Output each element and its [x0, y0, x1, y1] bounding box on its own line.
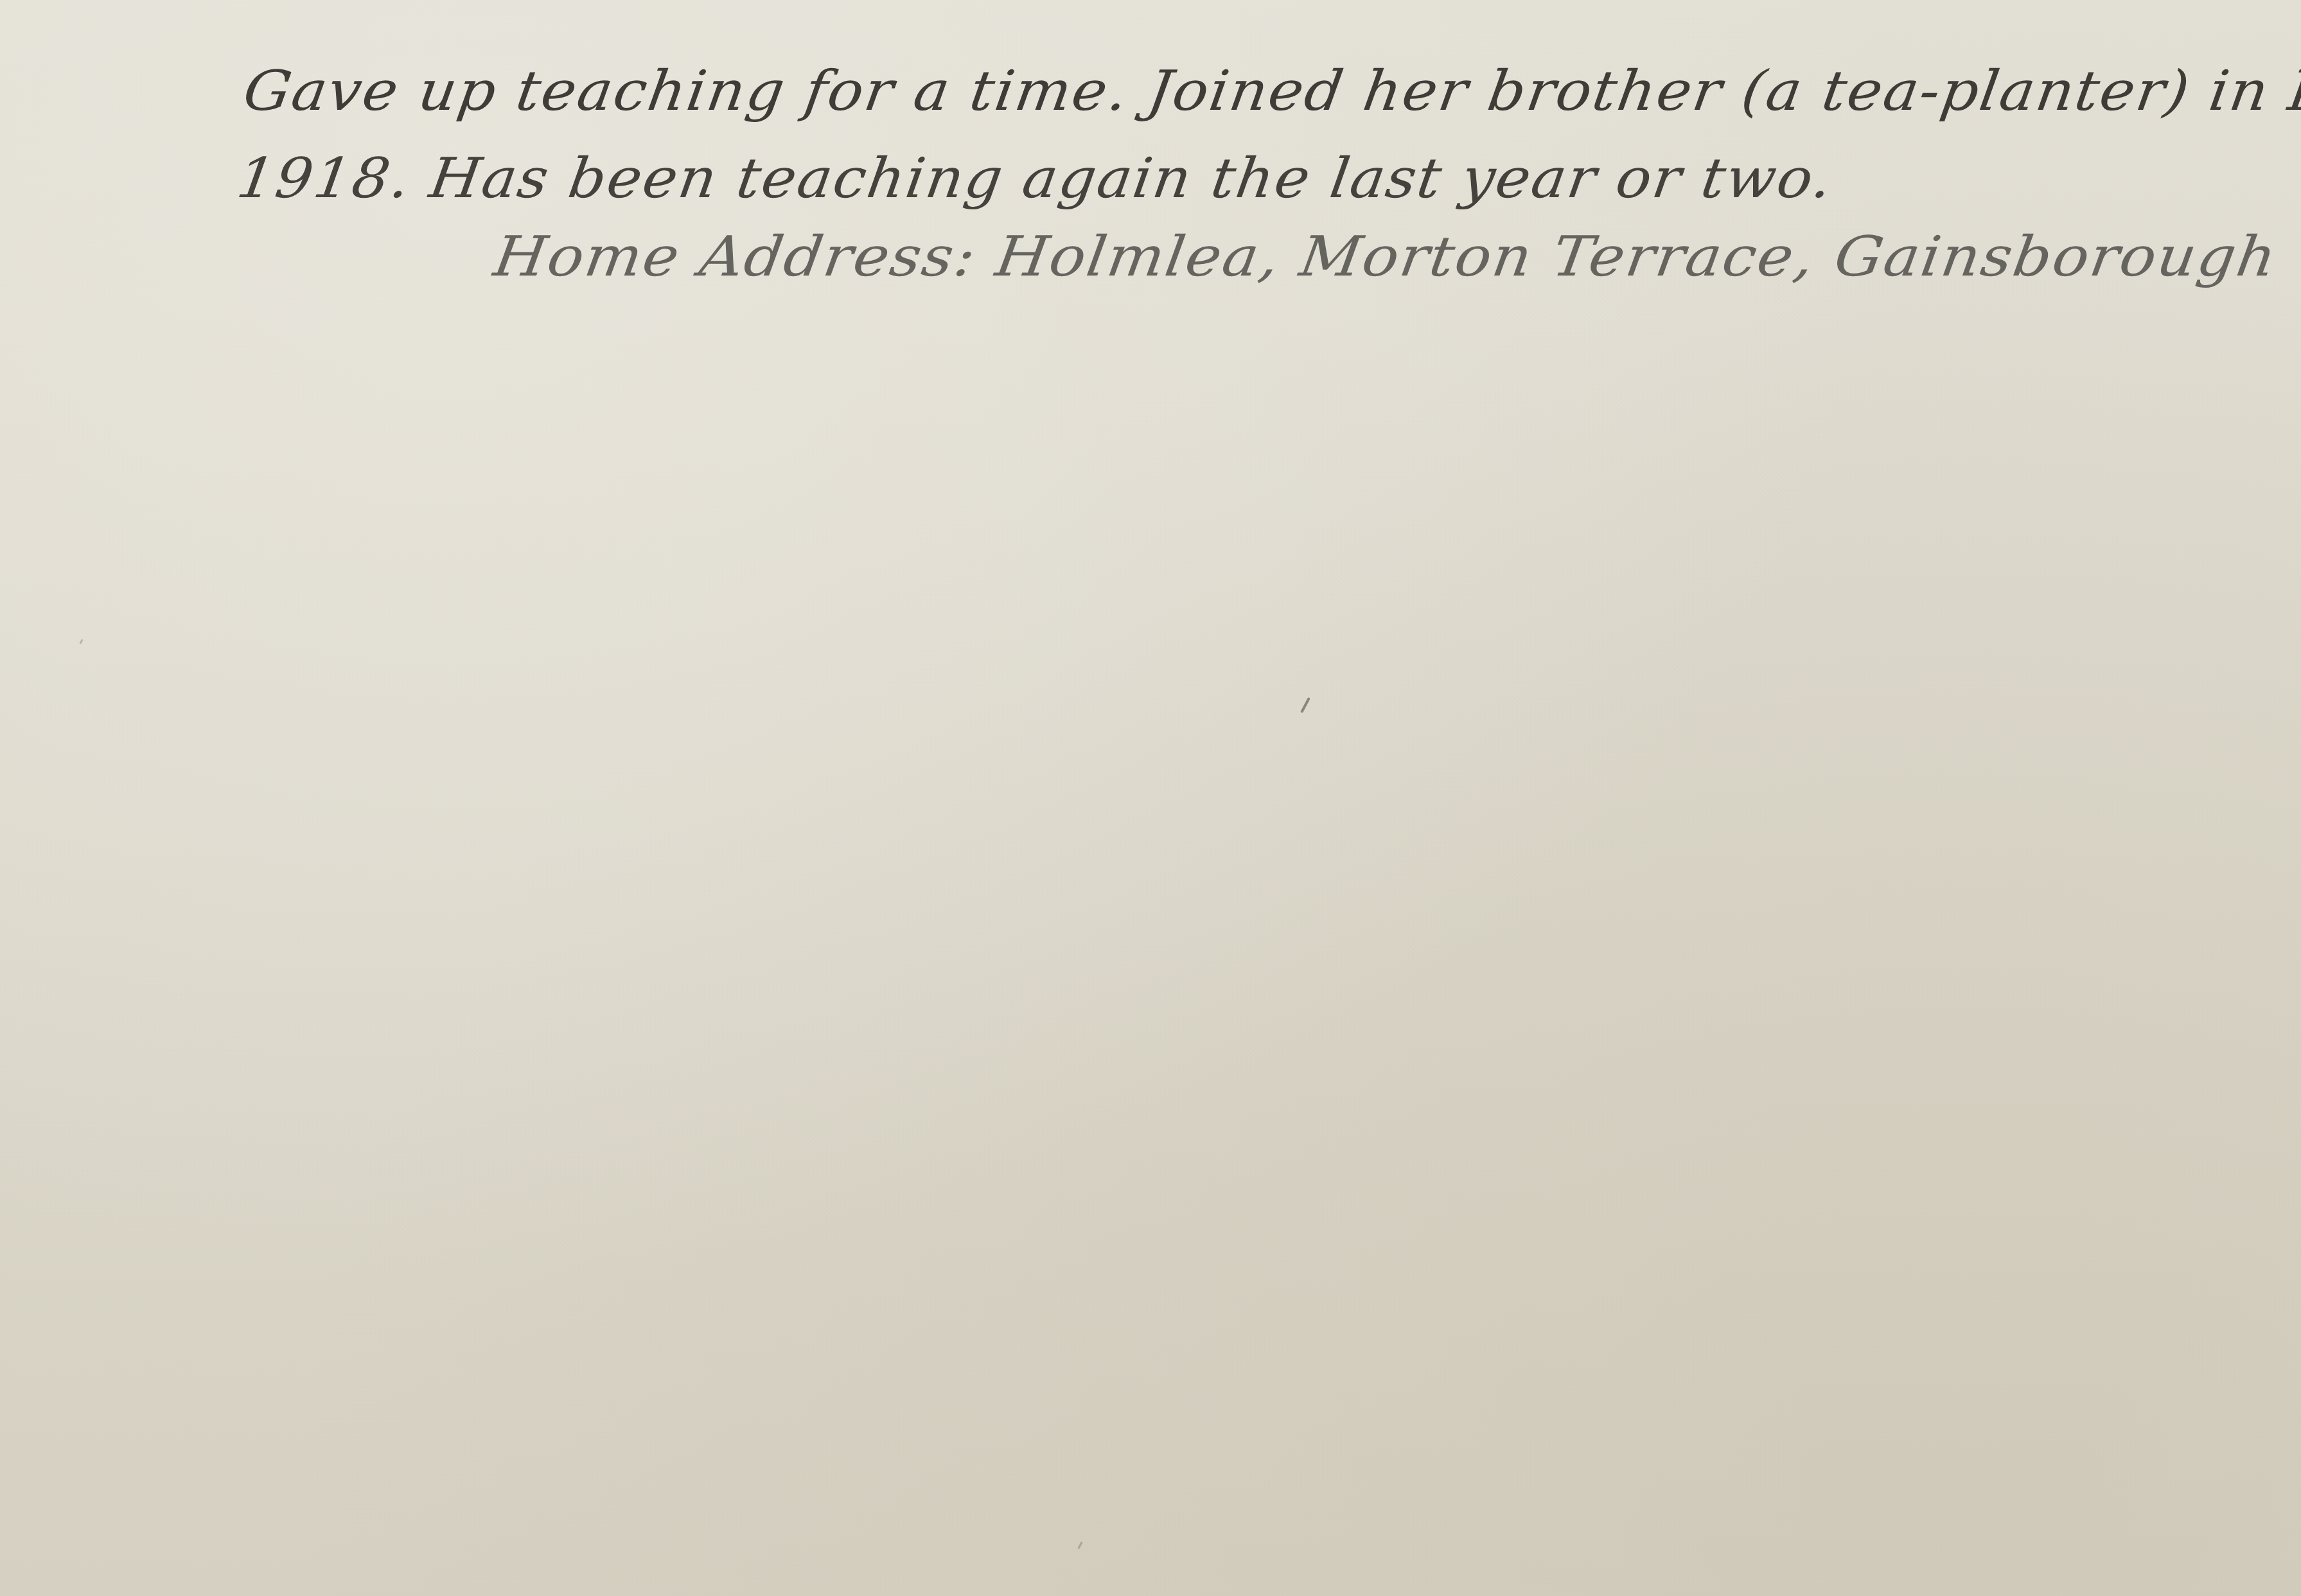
handwritten-line-2: 1918. Has been teaching again the last y…	[233, 146, 1837, 211]
ink-mark	[1300, 697, 1310, 714]
home-address-line: Home Address: Holmlea, Morton Terrace, G…	[489, 225, 2282, 289]
document-page: Gave up teaching for a time. Joined her …	[0, 0, 2301, 1596]
handwritten-line-1: Gave up teaching for a time. Joined her …	[240, 59, 2301, 123]
paper-speck	[79, 639, 83, 644]
paper-speck	[1077, 1541, 1082, 1549]
